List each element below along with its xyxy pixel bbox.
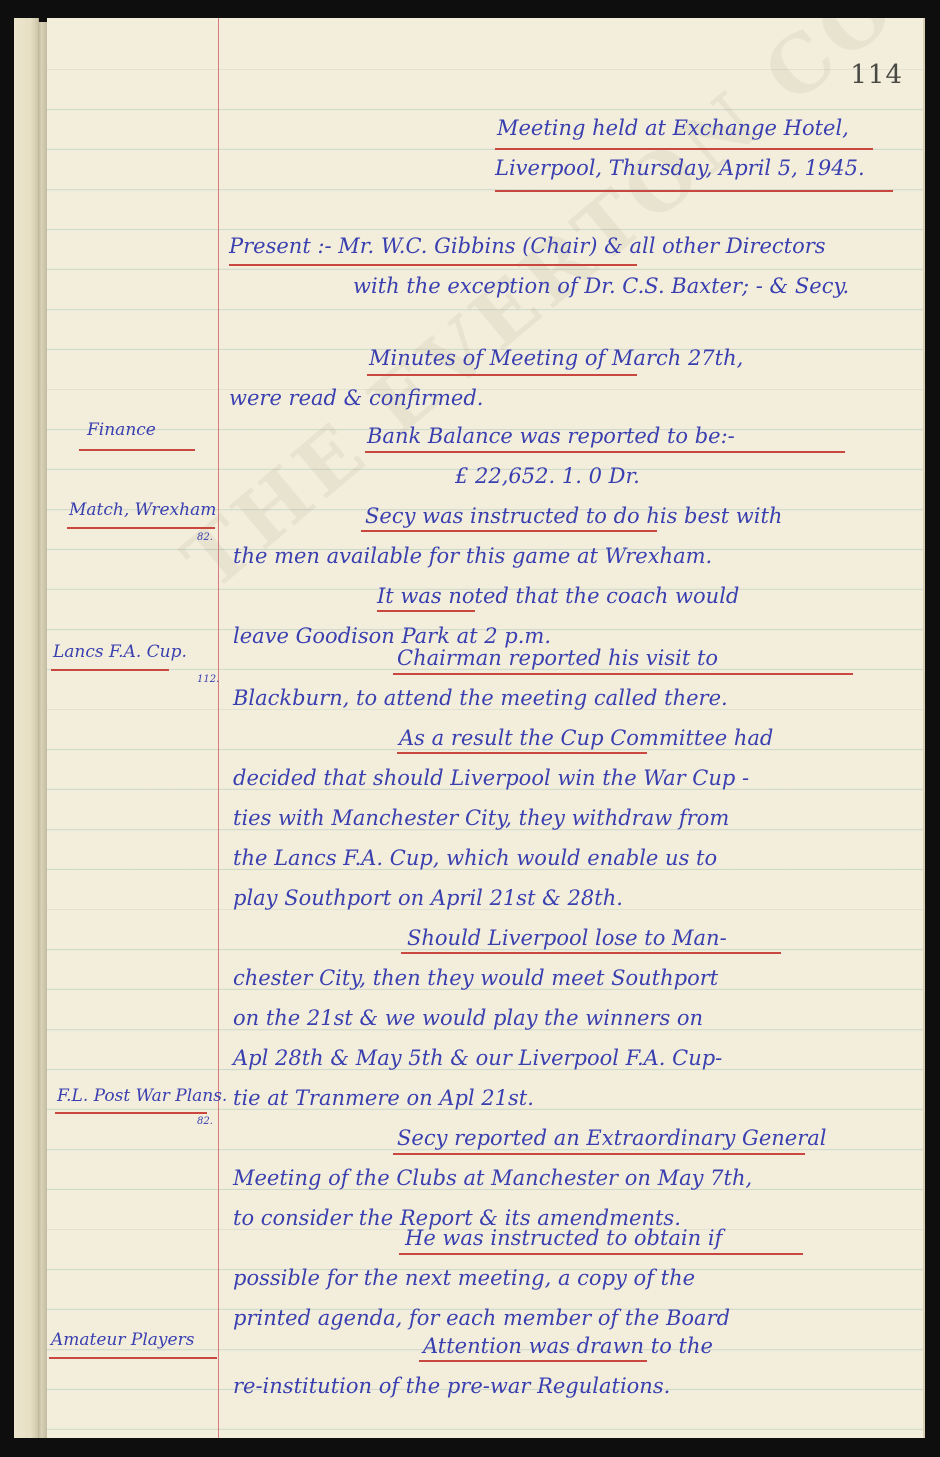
present-line-2: with the exception of Dr. C.S. Baxter; -… <box>353 276 849 297</box>
amateur-underline <box>419 1360 647 1362</box>
heading-underline-1 <box>495 148 873 150</box>
lancs-line-6: the Lancs F.A. Cup, which would enable u… <box>233 848 717 869</box>
minutes-line-1: Minutes of Meeting of March 27th, <box>369 348 743 369</box>
side-label-finance: Finance <box>87 422 156 439</box>
lancs-line-10: on the 21st & we would play the winners … <box>233 1008 703 1029</box>
wrexham-line-2: the men available for this game at Wrexh… <box>233 546 712 567</box>
lancs-line-7: play Southport on April 21st & 28th. <box>233 888 623 909</box>
fl-line-4: He was instructed to obtain if <box>405 1228 722 1249</box>
lancs-line-5: ties with Manchester City, they withdraw… <box>233 808 729 829</box>
wrexham-line-3: It was noted that the coach would <box>377 586 739 607</box>
heading-line-1: Meeting held at Exchange Hotel, <box>497 118 849 139</box>
lancs-underline-2 <box>397 752 647 754</box>
side-label-match-wrexham: Match, Wrexham <box>69 502 216 519</box>
bank-balance-amount: £ 22,652. 1. 0 Dr. <box>455 466 640 487</box>
wrexham-line-1: Secy was instructed to do his best with <box>365 506 782 527</box>
lancs-underline-3 <box>401 952 781 954</box>
ref-fl-post-war-plans: 82. <box>197 1116 213 1127</box>
finance-line-1: Bank Balance was reported to be:- <box>367 426 735 447</box>
ref-match-wrexham: 82. <box>197 532 213 543</box>
fl-line-5: possible for the next meeting, a copy of… <box>233 1268 695 1289</box>
fl-line-2: Meeting of the Clubs at Manchester on Ma… <box>233 1168 752 1189</box>
match-wrexham-side-underline <box>67 527 215 529</box>
lancs-line-9: chester City, then they would meet South… <box>233 968 718 989</box>
lancs-line-4: decided that should Liverpool win the Wa… <box>233 768 749 789</box>
side-label-amateur-players: Amateur Players <box>51 1332 194 1349</box>
heading-line-2: Liverpool, Thursday, April 5, 1945. <box>495 158 865 179</box>
heading-underline-2 <box>495 190 893 192</box>
fl-underline-1 <box>393 1153 805 1155</box>
lancs-line-1: Chairman reported his visit to <box>397 648 718 669</box>
ref-lancs-fa-cup: 112. <box>197 674 219 685</box>
side-label-lancs-fa-cup: Lancs F.A. Cup. <box>53 644 187 661</box>
amateur-line-2: re-institution of the pre-war Regulation… <box>233 1376 670 1397</box>
minutes-line-2: were read & confirmed. <box>229 388 483 409</box>
fl-line-6: printed agenda, for each member of the B… <box>233 1308 730 1329</box>
wrexham-underline-1 <box>361 530 657 532</box>
amateur-side-underline <box>49 1357 217 1359</box>
lancs-line-12: tie at Tranmere on Apl 21st. <box>233 1088 534 1109</box>
lancs-line-2: Blackburn, to attend the meeting called … <box>233 688 728 709</box>
book-gutter <box>38 22 47 1438</box>
side-label-fl-post-war-plans: F.L. Post War Plans. <box>57 1088 227 1105</box>
finance-underline <box>365 451 845 453</box>
amateur-line-1: Attention was drawn to the <box>423 1336 713 1357</box>
book-leaf-edge <box>14 18 39 1438</box>
lancs-line-8: Should Liverpool lose to Man- <box>407 928 727 949</box>
margin-rule <box>218 18 219 1438</box>
fl-underline-2 <box>399 1253 803 1255</box>
lancs-line-3: As a result the Cup Committee had <box>399 728 773 749</box>
finance-side-underline <box>79 449 195 451</box>
fl-line-1: Secy reported an Extraordinary General <box>397 1128 826 1149</box>
present-line-1: Present :- Mr. W.C. Gibbins (Chair) & al… <box>229 236 826 257</box>
minutes-underline <box>367 374 637 376</box>
fl-side-underline <box>55 1112 207 1114</box>
lancs-line-11: Apl 28th & May 5th & our Liverpool F.A. … <box>233 1048 722 1069</box>
minute-book-page: THE EVERTON COLLECTION CHARITABLE TRUST … <box>47 18 925 1438</box>
lancs-side-underline <box>51 669 169 671</box>
wrexham-underline-2 <box>377 610 475 612</box>
lancs-underline-1 <box>393 673 853 675</box>
present-underline <box>229 264 637 266</box>
wrexham-line-4: leave Goodison Park at 2 p.m. <box>233 626 551 647</box>
page-number: 114 <box>850 60 903 90</box>
